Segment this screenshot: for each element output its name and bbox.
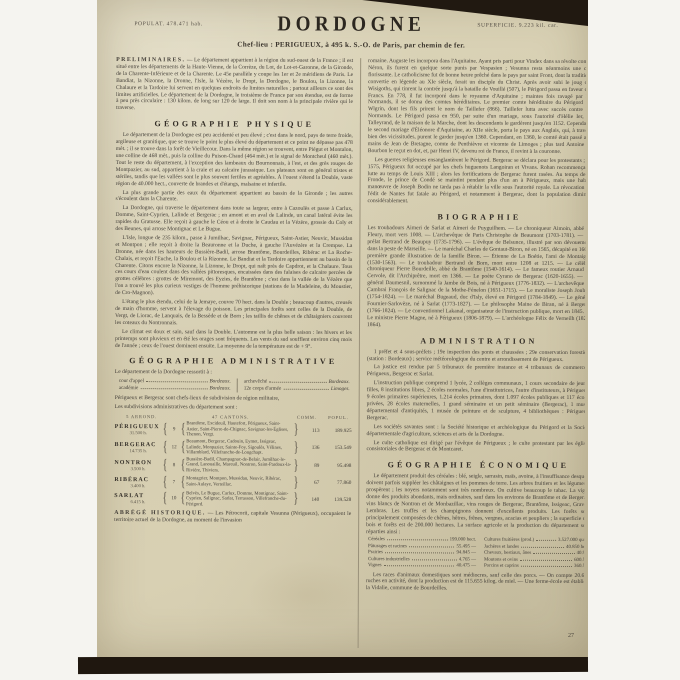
table-row: RIBÉRAC 3.400 h. { 7 { Montagrier, Montp… [114,475,351,491]
arrondissement-name-cell: SARLAT 6.415 h. [114,493,161,504]
preliminaires-text: — Le département appartient à la région … [116,57,353,111]
right-column: romaine. Auguste les incorpora dans l'Aq… [359,58,587,649]
photo-backdrop-bottom [78,655,588,674]
arrondissement-name-cell: BERGERAC 14.735 h. [114,442,161,453]
cantons-count: 7 [169,480,179,485]
brace-icon: } [294,423,299,438]
text-columns: PRÉLIMINAIRES. — Le département appartie… [114,57,587,649]
communes-count: 140 [299,497,319,503]
communes-count: 89 [299,463,319,469]
communes-count: 113 [300,427,320,433]
heading-administration: ADMINISTRATION [367,336,586,346]
brace-icon: { [163,475,168,490]
administration-paragraph: 1 préfet et 4 sous-préfets ; 19e inspect… [367,349,586,364]
table-row: NONTRON 3.500 h. { 8 { Bussière-Badil, C… [114,457,351,475]
arrondissement-name-cell: PÉRIGUEUX 31.500 h. [115,424,162,435]
brace-icon: { [163,422,168,437]
brace-icon: { [180,440,185,455]
population-label: POPULAT. 478.471 hab. [116,21,269,28]
arrondissement-name-cell: RIBÉRAC 3.400 h. [114,477,161,488]
table-row: SARLAT 6.415 h. { 10 { Belvès, Le Bugue,… [114,491,351,509]
dotted-leader [536,540,556,541]
cantons-list: Bussière-Badil, Champagnac-de-Belair, Ju… [186,457,292,474]
jurisdiction-value: Bordeaux. [209,386,230,393]
physique-paragraph: Le climat est doux et sain, sauf dans la… [115,329,352,351]
cantons-list: Brantôme, Excideuil, Hautefort, Périgueu… [186,421,292,438]
arrondissement-name-cell: NONTRON 3.500 h. [114,460,161,471]
brace-icon: { [180,422,185,437]
brace-icon: } [293,492,298,507]
chef-lieu-line: Chef-lieu : PERIGUEUX, à 495 k. S.-O. de… [116,40,586,50]
arrondissement-pop: 3.400 h. [114,483,161,488]
table-row: BERGERAC 14.735 h. { 12 { Beaumont, Berg… [114,439,351,457]
physique-paragraph: L'étang le plus étendu, celui de la Jema… [115,299,352,328]
document-page: POPULAT. 478.471 hab. DORDOGNE SUPERFICI… [97,0,588,657]
administration-paragraph: L'instruction publique comprend 1 lycée,… [367,380,587,422]
brace-icon: } [293,458,298,473]
brace-icon: } [293,475,298,490]
stat-line: Porcins et caprins360.554 [484,564,586,571]
historique-continuation: Les guerres religieuses ensanglantèrent … [368,157,587,206]
cantons-count: 10 [169,497,179,502]
stats-column-left: Céréales199.000 hect. Pâturages et racin… [368,538,476,571]
jurisdiction-item: 12e corps d'armée Limoges. [244,386,350,393]
dotted-leader [387,540,448,541]
arrondissement-pop: 31.500 h. [115,430,162,435]
page-title: DORDOGNE [269,12,433,37]
admin-intro: Le département de la Dordogne ressortit … [115,369,352,377]
dotted-leader [521,547,564,548]
brace-icon: { [180,458,185,473]
brace-icon: { [163,440,168,455]
stat-value: 360.554 [574,564,586,570]
cantons-count: 12 [169,445,179,450]
dotted-leader [283,389,329,390]
brace-icon: { [163,492,168,507]
military-line: Périgueux et Bergerac sont chefs-lieux d… [115,395,352,403]
dotted-leader [409,546,455,547]
jurisdiction-value: Limoges. [331,386,350,393]
physique-paragraph: Le département de la Dordogne est peu ac… [116,132,353,188]
table-row: PÉRIGUEUX 31.500 h. { 9 { Brantôme, Exci… [115,421,352,439]
dotted-leader [146,381,207,382]
superficie-label: SUPERFICIE. 9.223 kil. car. [433,22,586,29]
communes-count: 136 [299,445,319,451]
dotted-leader [533,553,574,554]
physique-paragraph: La Dordogne, qui traverse le département… [115,205,352,234]
abrege-paragraph: ABRÉGÉ HISTORIQUE. — Les Pétrocorii, cap… [114,510,351,525]
heading-geo-economique: GÉOGRAPHIE ÉCONOMIQUE [366,460,586,470]
table-header: 47 CANTONS. [169,414,293,420]
physique-paragraph: L'Isle, longue de 235 kilom., passe à Ju… [115,235,352,298]
abrege-label: ABRÉGÉ HISTORIQUE. [114,510,206,516]
brace-icon: { [163,458,168,473]
population-count: 189.925 [320,427,352,433]
jurisdiction-label: 12e corps d'armée [244,386,282,393]
dotted-leader [385,552,454,553]
economique-closing: Les races d'animaux domestiques sont méd… [366,572,586,594]
administration-paragraph: Les sociétés savantes sont : la Société … [367,424,587,439]
physique-paragraph: La plus grande partie des eaux du départ… [116,190,353,205]
jurisdiction-value: Bordeaux. [328,379,349,386]
stat-line: Vignes40.475 — [368,563,476,570]
jurisdiction-group: archevêché Bordeaux. 12e corps d'armée L… [237,379,350,393]
table-header-row: 5 ARROND. 47 CANTONS. COMM. POPUL. [115,414,352,420]
stat-value: 40.475 — [456,564,476,570]
table-header: POPUL. [317,415,349,420]
dotted-leader [140,388,207,389]
brace-icon: { [180,475,185,490]
subdivisions-intro: Les subdivisions administratives du dépa… [115,404,352,412]
population-count: 153.549 [319,445,351,451]
arrondissement-pop: 6.415 h. [114,499,161,504]
population-count: 139.528 [319,497,351,503]
stat-label: Porcins et caprins [484,564,519,571]
jurisdiction-label: académie [119,385,139,392]
communes-count: 67 [299,480,319,486]
stat-label: Vignes [368,563,382,569]
arrondissements-table: 5 ARROND. 47 CANTONS. COMM. POPUL. PÉRIG… [114,414,351,508]
cantons-count: 9 [169,427,179,432]
brace-icon: { [180,492,185,507]
page-content: POPULAT. 478.471 hab. DORDOGNE SUPERFICI… [96,0,590,658]
heading-geo-admin: GÉOGRAPHIE ADMINISTRATIVE [115,356,352,366]
stats-column-right: Cultures fruitières (prod.)3.527.000 qui… [484,538,586,570]
dotted-leader [520,559,572,560]
administration-paragraph: Le culte catholique est dirigé par l'évê… [366,440,586,455]
cantons-list: Montagrier, Montpon, Mussidan, Neuvic, R… [186,477,292,489]
agriculture-stats-table: Céréales199.000 hect. Pâturages et racin… [368,538,586,571]
heading-geo-physique: GÉOGRAPHIE PHYSIQUE [116,119,353,129]
preliminaires-paragraph: PRÉLIMINAIRES. — Le département appartie… [116,57,353,113]
jurisdiction-list: cour d'appel Bordeaux. académie Bordeaux… [119,378,352,393]
preliminaires-label: PRÉLIMINAIRES. [116,57,185,63]
population-count: 77.860 [319,480,351,486]
dotted-leader [521,566,572,567]
left-column: PRÉLIMINAIRES. — Le département appartie… [114,57,362,648]
dotted-leader [384,565,455,566]
jurisdiction-item: académie Bordeaux. [119,385,231,392]
jurisdiction-group: cour d'appel Bordeaux. académie Bordeaux… [119,378,231,392]
table-header: 5 ARROND. [115,414,169,419]
historique-continuation: romaine. Auguste les incorpora dans l'Aq… [368,58,586,156]
table-header: COMM. [293,415,317,420]
arrondissement-pop: 14.735 h. [114,448,161,453]
cantons-list: Beaumont, Bergerac, Cadouin, Eymet, Issi… [186,439,292,456]
arrondissement-pop: 3.500 h. [114,466,161,471]
brace-icon: } [294,441,299,456]
cantons-list: Belvès, Le Bugue, Carlux, Domme, Montign… [186,491,292,508]
economique-paragraph: Le département produit des céréales : bl… [366,473,586,536]
dotted-leader [269,382,326,383]
dotted-leader [412,559,457,560]
biographie-paragraph: Les troubadours Aimeri de Sarlat et Aime… [367,225,586,330]
population-count: 95.498 [319,463,351,469]
cantons-count: 8 [169,463,179,468]
heading-biographie: BIOGRAPHIE [367,212,586,222]
page-number: 27 [568,633,574,639]
administration-paragraph: La justice est rendue par 5 tribunaux de… [367,365,586,380]
